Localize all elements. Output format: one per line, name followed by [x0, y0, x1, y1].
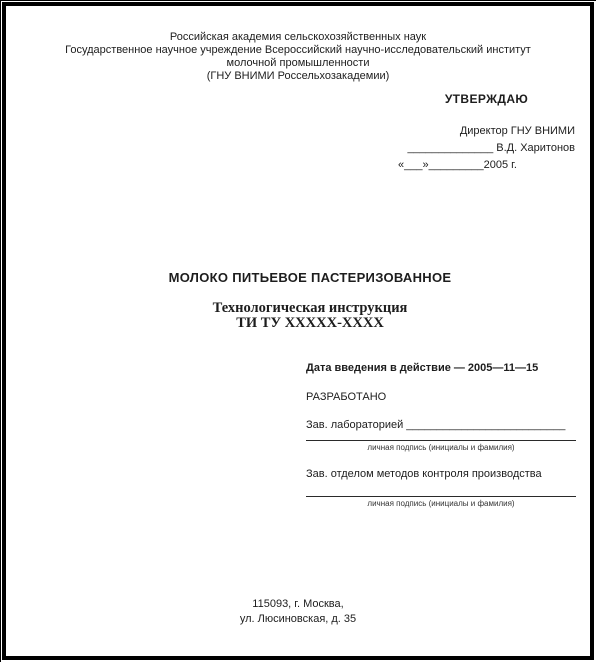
role-lab-head: Зав. лабораторией ______________________…: [306, 419, 576, 432]
document-title: МОЛОКО ПИТЬЕВОЕ ПАСТЕРИЗОВАННОЕ: [80, 271, 540, 285]
approval-date-blank: «___»_________2005 г.: [398, 157, 575, 174]
approval-title: УТВЕРЖДАЮ: [398, 92, 575, 106]
signature-caption-2: личная подпись (инициалы и фамилия): [306, 499, 576, 509]
approval-signature-blank: ______________ В.Д. Харитонов: [398, 140, 575, 157]
address-line-city: 115093, г. Москва,: [0, 597, 596, 612]
role-lab-head-blank: __________________________: [403, 419, 565, 431]
document-page: Российская академия сельскохозяйственных…: [0, 0, 596, 662]
document-subtitle: Технологическая инструкция: [80, 301, 540, 316]
address-line-street: ул. Люсиновская, д. 35: [0, 612, 596, 627]
role-lab-head-label: Зав. лабораторией: [306, 419, 403, 431]
developed-label: РАЗРАБОТАНО: [306, 391, 576, 404]
signature-caption-1: личная подпись (инициалы и фамилия): [306, 443, 576, 453]
letterhead-line-academy: Российская академия сельскохозяйственных…: [20, 31, 576, 44]
role-dept-head: Зав. отделом методов контроля производст…: [306, 468, 576, 481]
approval-block: УТВЕРЖДАЮ Директор ГНУ ВНИМИ ___________…: [398, 92, 575, 174]
letterhead: Российская академия сельскохозяйственных…: [20, 31, 576, 83]
signature-rule-2: [306, 496, 576, 497]
document-title-block: МОЛОКО ПИТЬЕВОЕ ПАСТЕРИЗОВАННОЕ Технолог…: [80, 271, 540, 331]
signature-rule-1: [306, 440, 576, 441]
address-block: 115093, г. Москва, ул. Люсиновская, д. 3…: [0, 597, 596, 626]
developed-block: Дата введения в действие — 2005—11—15 РА…: [306, 362, 576, 509]
letterhead-line-abbreviation: (ГНУ ВНИМИ Россельхозакадемии): [20, 70, 576, 83]
effective-date: Дата введения в действие — 2005—11—15: [306, 362, 576, 375]
letterhead-line-industry: молочной промышленности: [20, 57, 576, 70]
letterhead-line-institution: Государственное научное учреждение Всеро…: [20, 44, 576, 57]
approval-position: Директор ГНУ ВНИМИ: [398, 123, 575, 140]
document-number: ТИ ТУ XXXXX-XXXX: [80, 316, 540, 331]
